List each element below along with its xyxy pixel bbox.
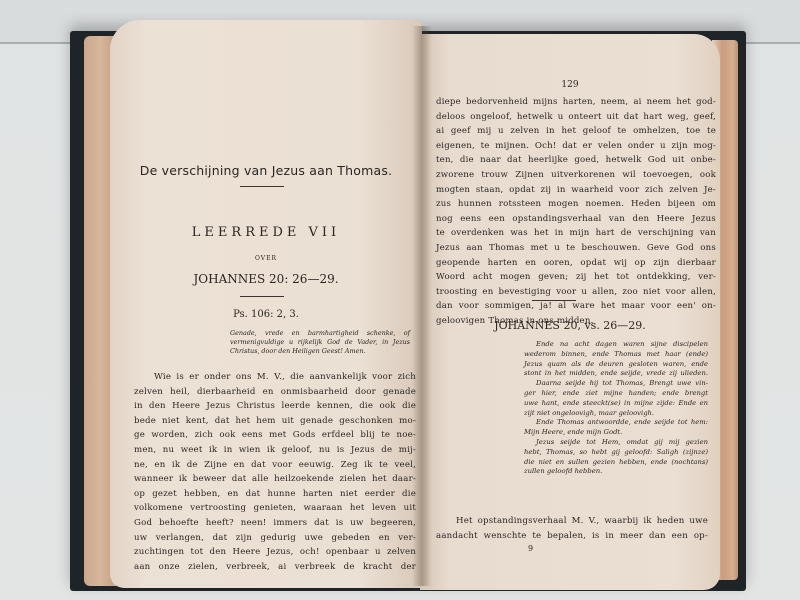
psalm-reference: Ps. 106: 2, 3. (110, 309, 422, 320)
text-line: zelven heil, dierbaarheid en onmisbaarhe… (134, 385, 416, 400)
text-line: dan voor sommigen, ja! al ware het maar … (436, 299, 716, 314)
text-line: hebt, Thomas, so hebt gij geloofd: Salig… (524, 448, 708, 458)
text-line: ger hier, ende ziet mijne handen; ende b… (524, 389, 708, 399)
text-line: aandacht wenschte te bepalen, is in meer… (436, 529, 708, 544)
divider (532, 300, 576, 301)
text-line: Jezus seijde tot Hem, omdat gij mij gezi… (524, 438, 708, 448)
text-line: zuchtingen tot den Heere Jezus, och! ope… (134, 545, 416, 560)
text-line: uw verlangen, dat zijn gedurig uwe gebed… (134, 531, 416, 546)
text-line: eigenen, te mijnen. Och! dat er velen on… (436, 139, 716, 154)
text-line: ne, en ik de Zijne en dat voor eeuwig. Z… (134, 458, 416, 473)
text-line: aan onze zielen, verbreek, ai verbreek d… (134, 560, 416, 575)
text-line: Jezus quam als de deuren gesloten waren,… (524, 360, 708, 370)
scripture-quote: Ende na acht dagen waren sijne discipele… (524, 340, 708, 477)
text-line: volkomene vertroosting genieten, waaraan… (134, 501, 416, 516)
text-line: Wie is er onder ons M. V., die aanvankel… (134, 370, 416, 385)
closing-text: Het opstandingsverhaal M. V., waarbij ik… (436, 514, 708, 543)
text-line: Daarna seijde hij tot Thomas, Brengt uwe… (524, 379, 708, 389)
text-line: Ende Thomas antwoordde, ende seijde tot … (524, 418, 708, 428)
text-line: men, nu weet ik in wien ik geloof, nu is… (134, 443, 416, 458)
text-line: deloos ongeloof, hetwelk u onteert uit d… (436, 110, 716, 125)
text-line: Mijn Heere, ende mijn Godt. (524, 428, 708, 438)
text-line: Ende na acht dagen waren sijne discipele… (524, 340, 708, 350)
text-line: zworene trouw Zijnen uitverkorenen wil t… (436, 168, 716, 183)
page-number: 129 (420, 80, 720, 90)
text-line: ten, die naar dat heerlijke goed, hetwel… (436, 153, 716, 168)
text-line: bede niet kent, dat het hem uit genade g… (134, 414, 416, 429)
text-line: Woord acht mogen geven; zij het tot ontd… (436, 270, 716, 285)
text-line: ge worden, zich ook eens met Gods erfdee… (134, 428, 416, 443)
text-line: mogten staan, opdat zij in waarheid voor… (436, 183, 716, 198)
text-line: Het opstandingsverhaal M. V., waarbij ik… (436, 514, 708, 529)
text-line: nog eens een opstandingsverhaal van den … (436, 212, 716, 227)
signature-mark: 9 (528, 544, 533, 553)
chapter-title: De verschijning van Jezus aan Thomas. (110, 163, 422, 178)
text-line: ai geef mij u zelven in het geloof te om… (436, 124, 716, 139)
text-line: wederom binnen, ende Thomas met haar (en… (524, 350, 708, 360)
divider (240, 186, 284, 187)
text-line: in den Heere Jezus Christus leerde kenne… (134, 399, 416, 414)
text-reference: JOHANNES 20: 26—29. (110, 272, 422, 286)
left-body-text: Wie is er onder ons M. V., die aanvankel… (134, 370, 416, 574)
text-line: zullen geloofd hebben. (524, 467, 708, 477)
sermon-heading: LEERREDE VII (110, 225, 422, 240)
left-page: De verschijning van Jezus aan Thomas. LE… (110, 20, 422, 588)
text-line: troosting en bevestiging voor u allen, z… (436, 285, 716, 300)
text-line: God behoefte heeft? neen! immers dat is … (134, 516, 416, 531)
text-line: zus hunnen rotssteen mogen noemen. Heden… (436, 197, 716, 212)
blessing-text: Genade, vrede en barmhartigheid schenke,… (230, 329, 410, 356)
text-line: stont in het midden, ende seijde, vrede … (524, 369, 708, 379)
text-line: zijt niet ongeloovigh, maar geloovigh. (524, 409, 708, 419)
text-reference: JOHANNES 20, vs. 26—29. (420, 319, 720, 332)
right-body-text: diepe bedorvenheid mijns harten, neem, a… (436, 95, 716, 329)
text-line: te overdenken was het in mijn hart de ve… (436, 226, 716, 241)
text-line: Jezus aan Thomas met u te beschouwen. Ge… (436, 241, 716, 256)
text-line: wanneer ik beweer dat alle heilzoekende … (134, 472, 416, 487)
text-line: diepe bedorvenheid mijns harten, neem, a… (436, 95, 716, 110)
text-line: uwe hant, ende steeckt(se) in mijne zijd… (524, 399, 708, 409)
right-page: 129 diepe bedorvenheid mijns harten, nee… (420, 34, 720, 590)
divider (240, 296, 284, 297)
over-label: OVER (110, 255, 422, 262)
text-line: geopende harten en ooren, opdat wij op z… (436, 256, 716, 271)
text-line: die niet en sullen gezien hebben, ende (… (524, 458, 708, 468)
text-line: op gezet hebben, en dat hunne harten nie… (134, 487, 416, 502)
